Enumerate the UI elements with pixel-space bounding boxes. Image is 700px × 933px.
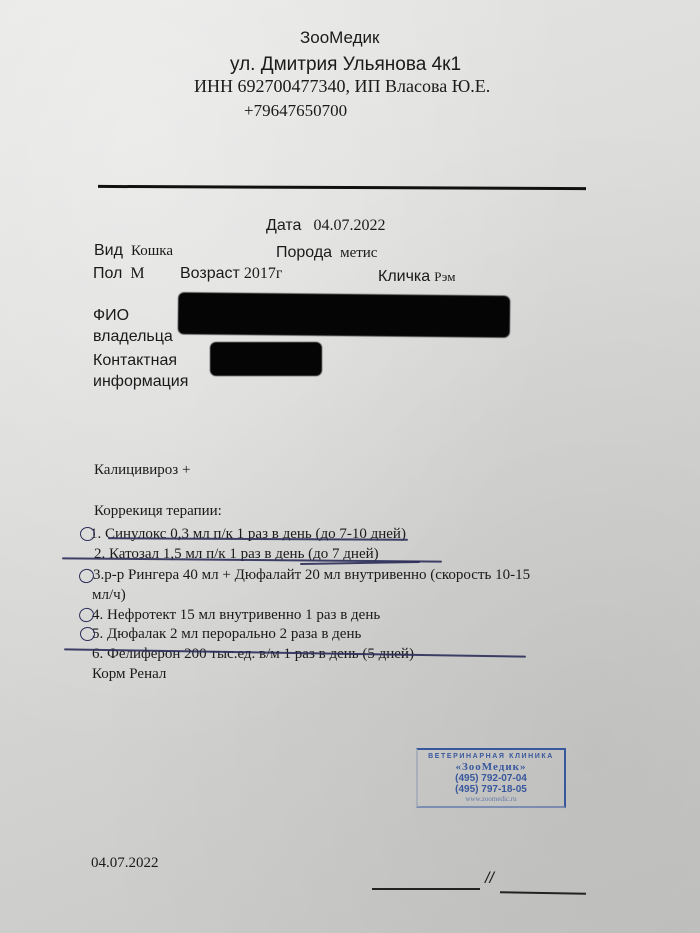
pen-circle-mark: [80, 527, 95, 541]
signature-name-line: [500, 891, 586, 894]
footer-date: 04.07.2022: [91, 855, 159, 872]
breed-value: метис: [340, 245, 377, 261]
date-label: Дата: [266, 217, 301, 234]
contact-info-label: Контактная информация: [93, 350, 213, 392]
clinic-stamp: ВЕТЕРИНАРНАЯ КЛИНИКА «ЗооМедик» (495) 79…: [416, 748, 566, 808]
pet-name-field: Кличка Рэм: [378, 268, 455, 286]
stamp-phone-2: (495) 797-18-05: [418, 784, 564, 795]
therapy-item: 4. Нефротект 15 мл внутривенно 1 раз в д…: [92, 607, 380, 624]
pet-name-label: Кличка: [378, 268, 430, 285]
age-field: Возраст 2017г: [180, 265, 282, 283]
date-value: 04.07.2022: [313, 217, 385, 234]
sex-field: Пол М: [93, 265, 145, 283]
breed-label: Порода: [276, 244, 332, 261]
therapy-item: 5. Дюфалак 2 мл перорально 2 раза в день: [92, 626, 361, 643]
signature-separator: //: [485, 870, 494, 888]
pen-circle-mark: [80, 627, 95, 641]
age-value: 2017г: [244, 265, 283, 282]
sex-value: М: [130, 265, 144, 282]
stamp-website: www.zoomedic.ru: [418, 795, 564, 803]
contact-info-redaction: [210, 342, 322, 376]
pet-name-value: Рэм: [434, 269, 455, 284]
visit-date: Дата 04.07.2022: [266, 217, 385, 235]
header-divider: [98, 185, 586, 190]
stamp-phone-1: (495) 792-07-04: [418, 773, 564, 784]
signature-line: [372, 888, 480, 890]
stamp-clinic-type: ВЕТЕРИНАРНАЯ КЛИНИКА: [418, 753, 564, 760]
therapy-item-continuation: мл/ч): [92, 587, 126, 604]
therapy-title: Коррекиця терапии:: [94, 503, 222, 520]
species-field: Вид Кошка: [94, 242, 173, 260]
stamp-clinic-name: «ЗооМедик»: [418, 761, 564, 773]
breed-field: Порода метис: [276, 244, 377, 262]
therapy-item: 1. Синулокс 0,3 мл п/к 1 раз в день (до …: [90, 526, 406, 543]
diagnosis: Калицивироз +: [94, 462, 190, 479]
owner-name-redaction: [178, 292, 510, 337]
age-label: Возраст: [180, 265, 240, 282]
clinic-address: ул. Дмитрия Ульянова 4к1: [230, 54, 461, 76]
species-label: Вид: [94, 242, 123, 259]
therapy-item: 3.р-р Рингера 40 мл + Дюфалайт 20 мл вну…: [93, 567, 530, 584]
sex-label: Пол: [93, 265, 122, 282]
species-value: Кошка: [131, 243, 173, 259]
clinic-phone: +79647650700: [244, 101, 347, 121]
clinic-name: ЗооМедик: [300, 28, 379, 48]
diet-recommendation: Корм Ренал: [92, 666, 166, 683]
clinic-inn: ИНН 692700477340, ИП Власова Ю.Е.: [194, 76, 490, 97]
